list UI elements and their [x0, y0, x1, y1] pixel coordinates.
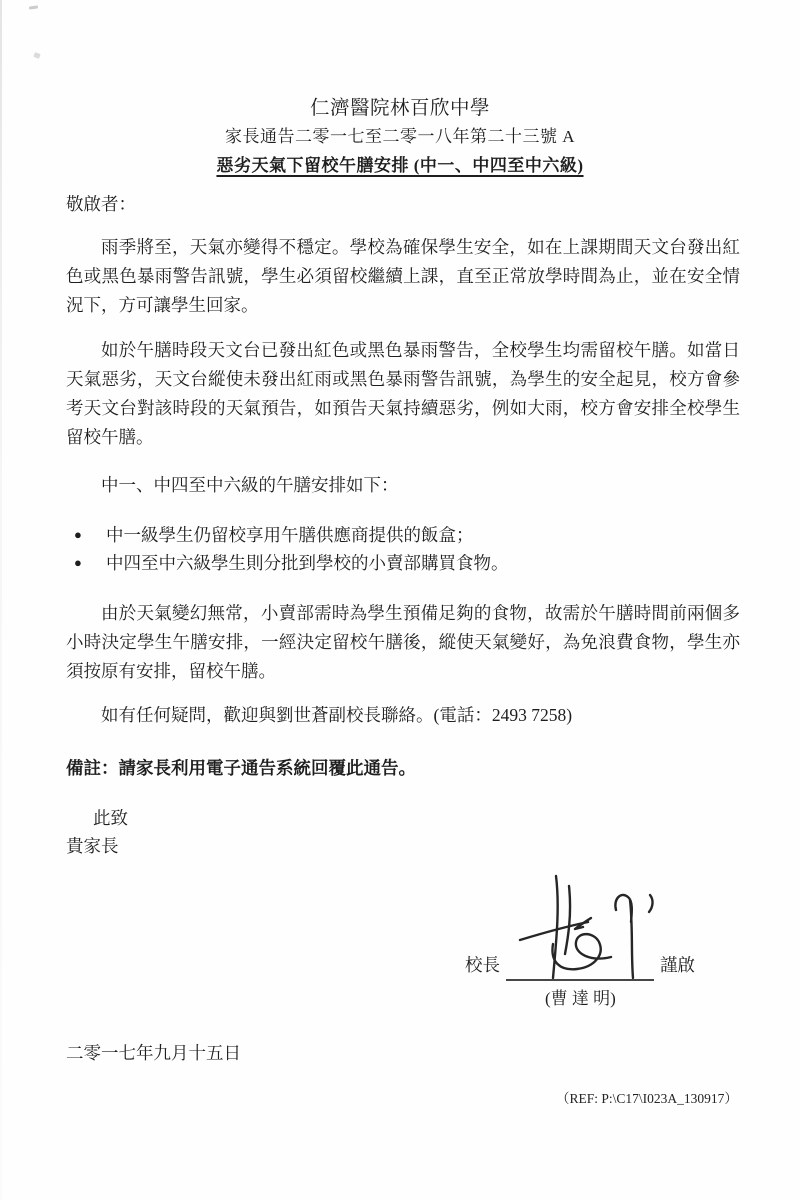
salutation: 敬啟者：: [66, 190, 740, 219]
scan-speck: [29, 5, 38, 9]
school-name: 仁濟醫院林百欣中學: [0, 95, 800, 123]
paragraph-arrangement-intro: 中一、中四至中六級的午膳安排如下：: [66, 471, 740, 500]
principal-label: 校長: [465, 951, 500, 980]
bullet-text: 中一級學生仍留校享用午膳供應商提供的飯盒；: [106, 521, 740, 549]
notice-title: 惡劣天氣下留校午膳安排 (中一、中四至中六級): [0, 151, 800, 180]
bullet-item: ● 中一級學生仍留校享用午膳供應商提供的飯盒；: [74, 521, 740, 549]
paragraph-rainstorm: 如於午膳時段天文台已發出紅色或黑色暴雨警告，全校學生均需留校午膳。如當日天氣惡劣…: [66, 336, 740, 452]
scan-edge-artifact: [0, 0, 2, 1200]
scan-speck: [33, 52, 40, 59]
paragraph-canteen: 由於天氣變幻無常，小賣部需時為學生預備足夠的食物，故需於午膳時間前兩個多小時決定…: [66, 599, 740, 686]
closing-recipient: 貴家長: [66, 832, 740, 861]
signature-line: [506, 979, 654, 981]
bullet-list: ● 中一級學生仍留校享用午膳供應商提供的飯盒； ● 中四至中六級學生則分批到學校…: [74, 521, 740, 577]
bullet-item: ● 中四至中六級學生則分批到學校的小賣部購買食物。: [74, 549, 740, 577]
bullet-text: 中四至中六級學生則分批到學校的小賣部購買食物。: [106, 549, 740, 577]
respectfully-label: 謹啟: [660, 951, 695, 980]
remark-line: 備註：請家長利用電子通告系統回覆此通告。: [66, 754, 740, 783]
paragraph-weather: 雨季將至，天氣亦變得不穩定。學校為確保學生安全，如在上課期間天文台發出紅色或黑色…: [66, 233, 740, 320]
reference-line: （REF: P:\C17\I023A_130917）: [556, 1089, 738, 1109]
paragraph-contact: 如有任何疑問，歡迎與劉世蒼副校長聯絡。(電話：2493 7258): [66, 701, 740, 730]
closing-cizhi: 此致: [66, 804, 740, 833]
principal-name: (曹 達 明): [545, 986, 616, 1012]
bullet-icon: ●: [74, 521, 106, 549]
letter-page: 仁濟醫院林百欣中學 家長通告二零一七至二零一八年第二十三號 A 惡劣天氣下留校午…: [0, 0, 800, 1200]
letterhead: 仁濟醫院林百欣中學 家長通告二零一七至二零一八年第二十三號 A 惡劣天氣下留校午…: [0, 95, 800, 180]
date-line: 二零一七年九月十五日: [66, 1039, 241, 1068]
notice-number: 家長通告二零一七至二零一八年第二十三號 A: [0, 123, 800, 151]
bullet-icon: ●: [74, 549, 106, 577]
